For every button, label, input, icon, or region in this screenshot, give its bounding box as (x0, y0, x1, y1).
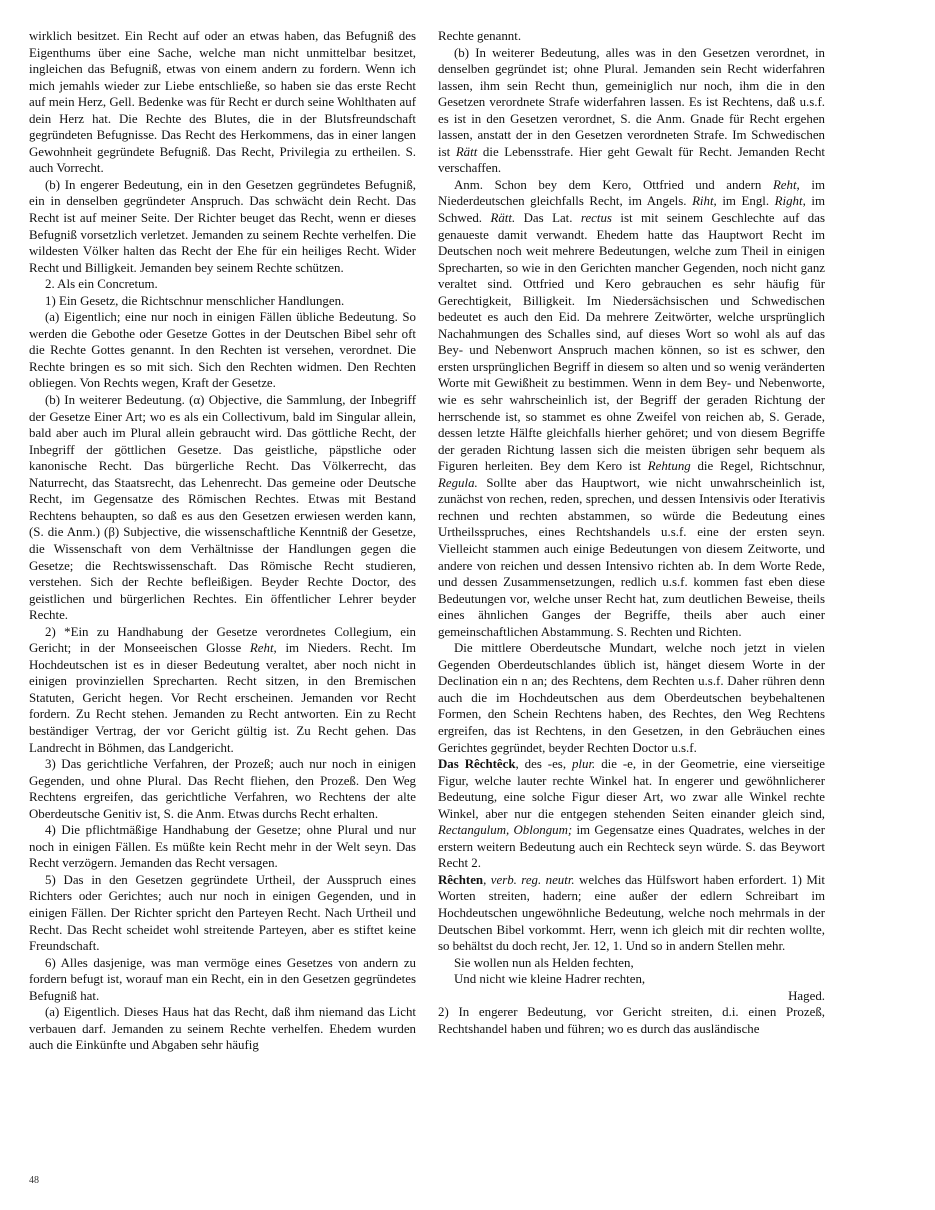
page-number: 48 (29, 1175, 39, 1186)
italic-term: Rectangulum, Oblongum; (438, 823, 572, 837)
paragraph: Die mittlere Oberdeutsche Mundart, welch… (438, 640, 825, 756)
paragraph: (b) In weiterer Bedeutung, alles was in … (438, 45, 825, 177)
italic-term: rectus (581, 211, 612, 225)
text: Anm. Schon bey dem Kero, Ottfried und an… (454, 178, 773, 192)
text: die Regel, Richtschnur, (691, 459, 825, 473)
paragraph: (a) Eigentlich. Dieses Haus hat das Rech… (29, 1004, 416, 1054)
text: Das Lat. (515, 211, 581, 225)
verse-line: Und nicht wie kleine Hadrer rechten, (438, 971, 825, 988)
paragraph: 6) Alles dasjenige, was man vermöge eine… (29, 955, 416, 1005)
paragraph: 5) Das in den Gesetzen gegründete Urthei… (29, 872, 416, 955)
italic-term: plur. (572, 757, 595, 771)
headword: Rêchten (438, 873, 483, 887)
text: im Nieders. Recht. Im Hochdeutschen ist … (29, 641, 416, 754)
paragraph: wirklich besitzet. Ein Recht auf oder an… (29, 28, 416, 177)
italic-term: Regula. (438, 476, 478, 490)
text: , (483, 873, 491, 887)
dictionary-entry-rechten: Rêchten, verb. reg. neutr. welches das H… (438, 872, 825, 955)
text: , des -es, (516, 757, 572, 771)
paragraph: (b) In engerer Bedeutung, ein in den Ges… (29, 177, 416, 276)
text: (b) In weiterer Bedeutung, alles was in … (438, 46, 825, 159)
text: im Engl. (717, 194, 775, 208)
text: ist mit seinem Ge­schlechte auf das gena… (438, 211, 825, 473)
headword: Das Rêchtêck (438, 757, 516, 771)
quote-attribution: Haged. (438, 988, 825, 1005)
dictionary-entry-rechteck: Das Rêchtêck, des -es, plur. die -e, in … (438, 756, 825, 872)
text: die Lebensstrafe. Hier geht Gewalt für R… (438, 145, 825, 176)
paragraph: 2) *Ein zu Handhabung der Gesetze verord… (29, 624, 416, 756)
paragraph: 2) In engerer Bedeutung, vor Gericht str… (438, 1004, 825, 1037)
italic-term: Reht, (773, 178, 800, 192)
section-heading: 2. Als ein Concretum. (29, 276, 416, 293)
italic-term: Riht, (692, 194, 717, 208)
paragraph: 4) Die pflichtmäßige Handhabung der Gese… (29, 822, 416, 872)
verse-line: Sie wollen nun als Helden fechten, (438, 955, 825, 972)
paragraph: Rechte genannt. (438, 28, 825, 45)
italic-term: Rätt (456, 145, 477, 159)
annotation-paragraph: Anm. Schon bey dem Kero, Ottfried und an… (438, 177, 825, 640)
italic-term: verb. reg. neutr. (491, 873, 575, 887)
text: Sollte aber das Hauptwort, wie nicht unw… (438, 476, 825, 639)
paragraph: (b) In weiterer Bedeutung. (α) Objective… (29, 392, 416, 624)
dictionary-page: wirklich besitzet. Ein Recht auf oder an… (29, 28, 825, 1054)
paragraph: (a) Eigentlich; eine nur noch in einigen… (29, 309, 416, 392)
italic-term: Reht, (250, 641, 277, 655)
italic-term: Right, (775, 194, 806, 208)
italic-term: Rätt. (490, 211, 515, 225)
right-column: Rechte genannt. (b) In weiterer Bedeutun… (438, 28, 825, 1054)
paragraph: 1) Ein Gesetz, die Richtschnur menschlic… (29, 293, 416, 310)
left-column: wirklich besitzet. Ein Recht auf oder an… (29, 28, 416, 1054)
italic-term: Rehtung (648, 459, 691, 473)
paragraph: 3) Das gerichtliche Verfahren, der Proze… (29, 756, 416, 822)
